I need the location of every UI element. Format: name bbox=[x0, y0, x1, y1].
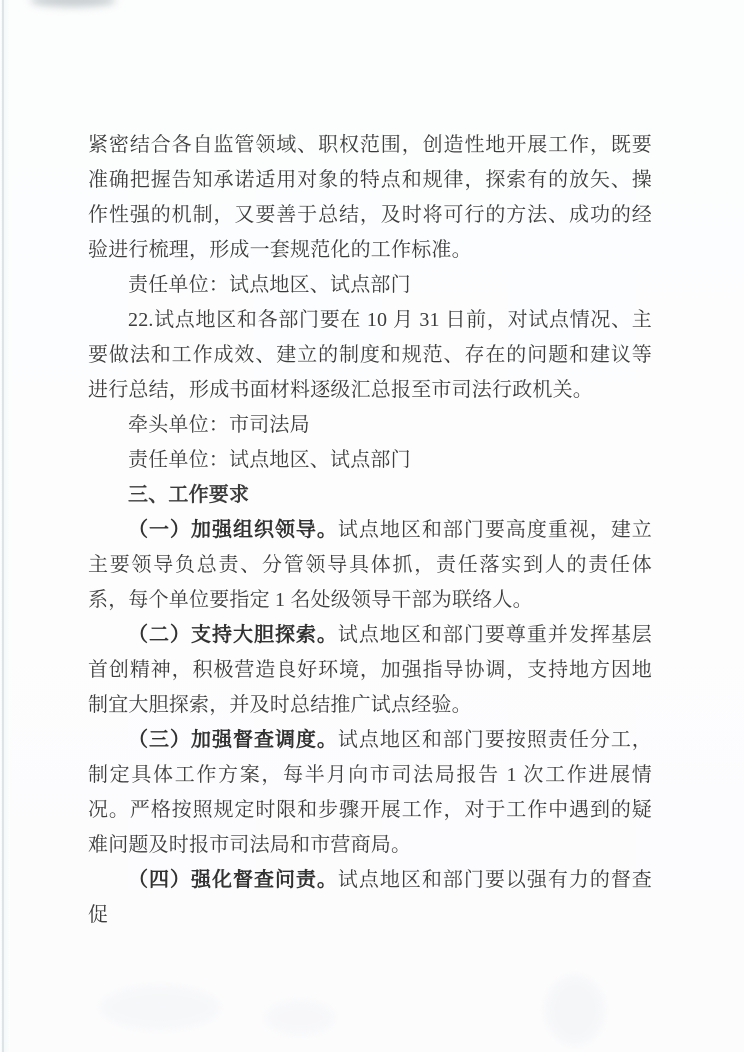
paragraph-continuation: 紧密结合各自监管领域、职权范围，创造性地开展工作，既要准确把握告知承诺适用对象的… bbox=[88, 128, 652, 268]
work-requirement-item-1: （一）加强组织领导。试点地区和部门要高度重视，建立主要领导负总责、分管领导具体抓… bbox=[88, 513, 652, 618]
work-requirement-item-3: （三）加强督查调度。试点地区和部门要按照责任分工，制定具体工作方案，每半月向市司… bbox=[88, 723, 652, 863]
section-heading-work-requirements: 三、工作要求 bbox=[88, 478, 652, 513]
paragraph-item-22: 22.试点地区和各部门要在 10 月 31 日前，对试点情况、主要做法和工作成效… bbox=[88, 303, 652, 408]
scan-smudge bbox=[545, 975, 605, 1045]
responsible-unit-line: 责任单位：试点地区、试点部门 bbox=[88, 443, 652, 478]
scan-edge-line-artifact bbox=[2, 0, 4, 1052]
scan-smudge bbox=[265, 1000, 335, 1035]
responsible-unit-line: 责任单位：试点地区、试点部门 bbox=[88, 268, 652, 303]
item-lead-label: （一）加强组织领导。 bbox=[128, 519, 338, 541]
work-requirement-item-4: （四）强化督查问责。试点地区和部门要以强有力的督查促 bbox=[88, 863, 652, 933]
lead-unit-line: 牵头单位：市司法局 bbox=[88, 408, 652, 443]
item-lead-label: （二）支持大胆探索。 bbox=[128, 624, 338, 646]
work-requirement-item-2: （二）支持大胆探索。试点地区和部门要尊重并发挥基层首创精神，积极营造良好环境，加… bbox=[88, 618, 652, 723]
scanned-document-page: 紧密结合各自监管领域、职权范围，创造性地开展工作，既要准确把握告知承诺适用对象的… bbox=[0, 0, 744, 1052]
scan-smudge bbox=[30, 0, 116, 7]
scan-smudge bbox=[100, 985, 220, 1030]
document-body: 紧密结合各自监管领域、职权范围，创造性地开展工作，既要准确把握告知承诺适用对象的… bbox=[88, 128, 652, 933]
item-lead-label: （三）加强督查调度。 bbox=[128, 729, 338, 751]
item-lead-label: （四）强化督查问责。 bbox=[128, 869, 338, 891]
